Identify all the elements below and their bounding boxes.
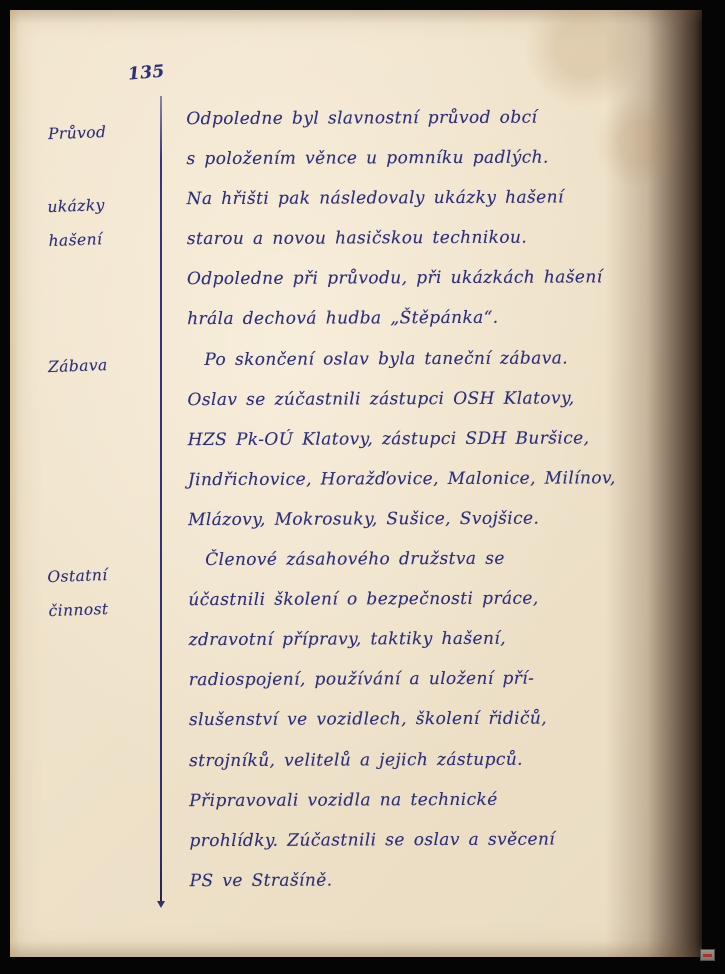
- text-line: Na hřišti pak následovaly ukázky hašení: [187, 187, 703, 229]
- text-line: prohlídky. Zúčastnili se oslav a svěcení: [189, 829, 705, 871]
- handwritten-text-block: Odpoledne byl slavnostní průvod obcí s p…: [186, 107, 705, 911]
- margin-note-pruvod: Průvod: [47, 113, 168, 151]
- text-line: Mlázovy, Mokrosuky, Sušice, Svojšice.: [188, 508, 704, 550]
- text-line: zdravotní přípravy, taktiky hašení,: [189, 628, 705, 670]
- text-line: hrála dechová hudba „Štěpánka“.: [187, 307, 703, 349]
- scanned-chronicle-photo: { "page": { "number": "135" }, "margin_n…: [0, 0, 725, 974]
- text-line: radiospojení, používání a uložení pří-: [189, 668, 705, 710]
- text-line: PS ve Strašíně.: [190, 869, 706, 911]
- text-line: s položením věnce u pomníku padlých.: [186, 147, 702, 189]
- margin-line-arrow-tip: [157, 901, 165, 908]
- text-line: Odpoledne byl slavnostní průvod obcí: [186, 107, 702, 149]
- text-line: Jindřichovice, Horažďovice, Malonice, Mi…: [188, 468, 704, 510]
- text-line: Připravovali vozidla na technické: [189, 788, 705, 830]
- text-line: slušenství ve vozidlech, školení řidičů,: [189, 708, 705, 750]
- chronicle-page: 135 Průvod ukázky hašení Zábava Ostatní …: [10, 10, 702, 957]
- text-line: HZS Pk-OÚ Klatovy, zástupci SDH Buršice,: [188, 428, 704, 470]
- text-line: strojníků, velitelů a jejich zástupců.: [189, 748, 705, 790]
- text-line: Členové zásahového družstva se: [188, 548, 704, 590]
- watermark-red-bar: [703, 954, 712, 957]
- margin-note-zabava: Zábava: [47, 346, 168, 384]
- text-line: účastnili školení o bezpečnosti práce,: [188, 588, 704, 630]
- margin-note-ukazky-haseni: ukázky hašení: [47, 186, 169, 258]
- text-line: Odpoledne při průvodu, při ukázkách haše…: [187, 267, 703, 309]
- text-line: Po skončení oslav byla taneční zábava.: [187, 347, 703, 389]
- text-line: starou a novou hasičskou technikou.: [187, 227, 703, 269]
- text-line: Oslav se zúčastnili zástupci OSH Klatovy…: [187, 388, 703, 430]
- page-number: 135: [127, 61, 165, 84]
- margin-note-ostatni-cinnost: Ostatní činnost: [47, 556, 169, 628]
- scanner-watermark-icon: [700, 949, 715, 961]
